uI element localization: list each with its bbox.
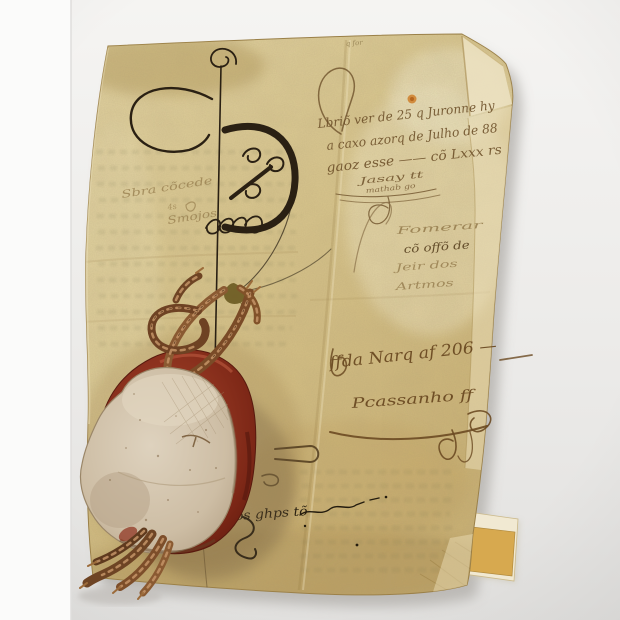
ink-stain-core (410, 97, 414, 101)
inscription-left-line2: 4s (166, 202, 177, 212)
manuscript-photo: q for Lbriõ ver de 25 q Juronne hy a cax… (0, 0, 620, 620)
tab-tan-paper (469, 527, 515, 576)
photo-canvas: q for Lbriõ ver de 25 q Juronne hy a cax… (0, 0, 620, 620)
inscription-top-note: q for (345, 38, 363, 47)
backdrop-left-strip (0, 0, 71, 620)
